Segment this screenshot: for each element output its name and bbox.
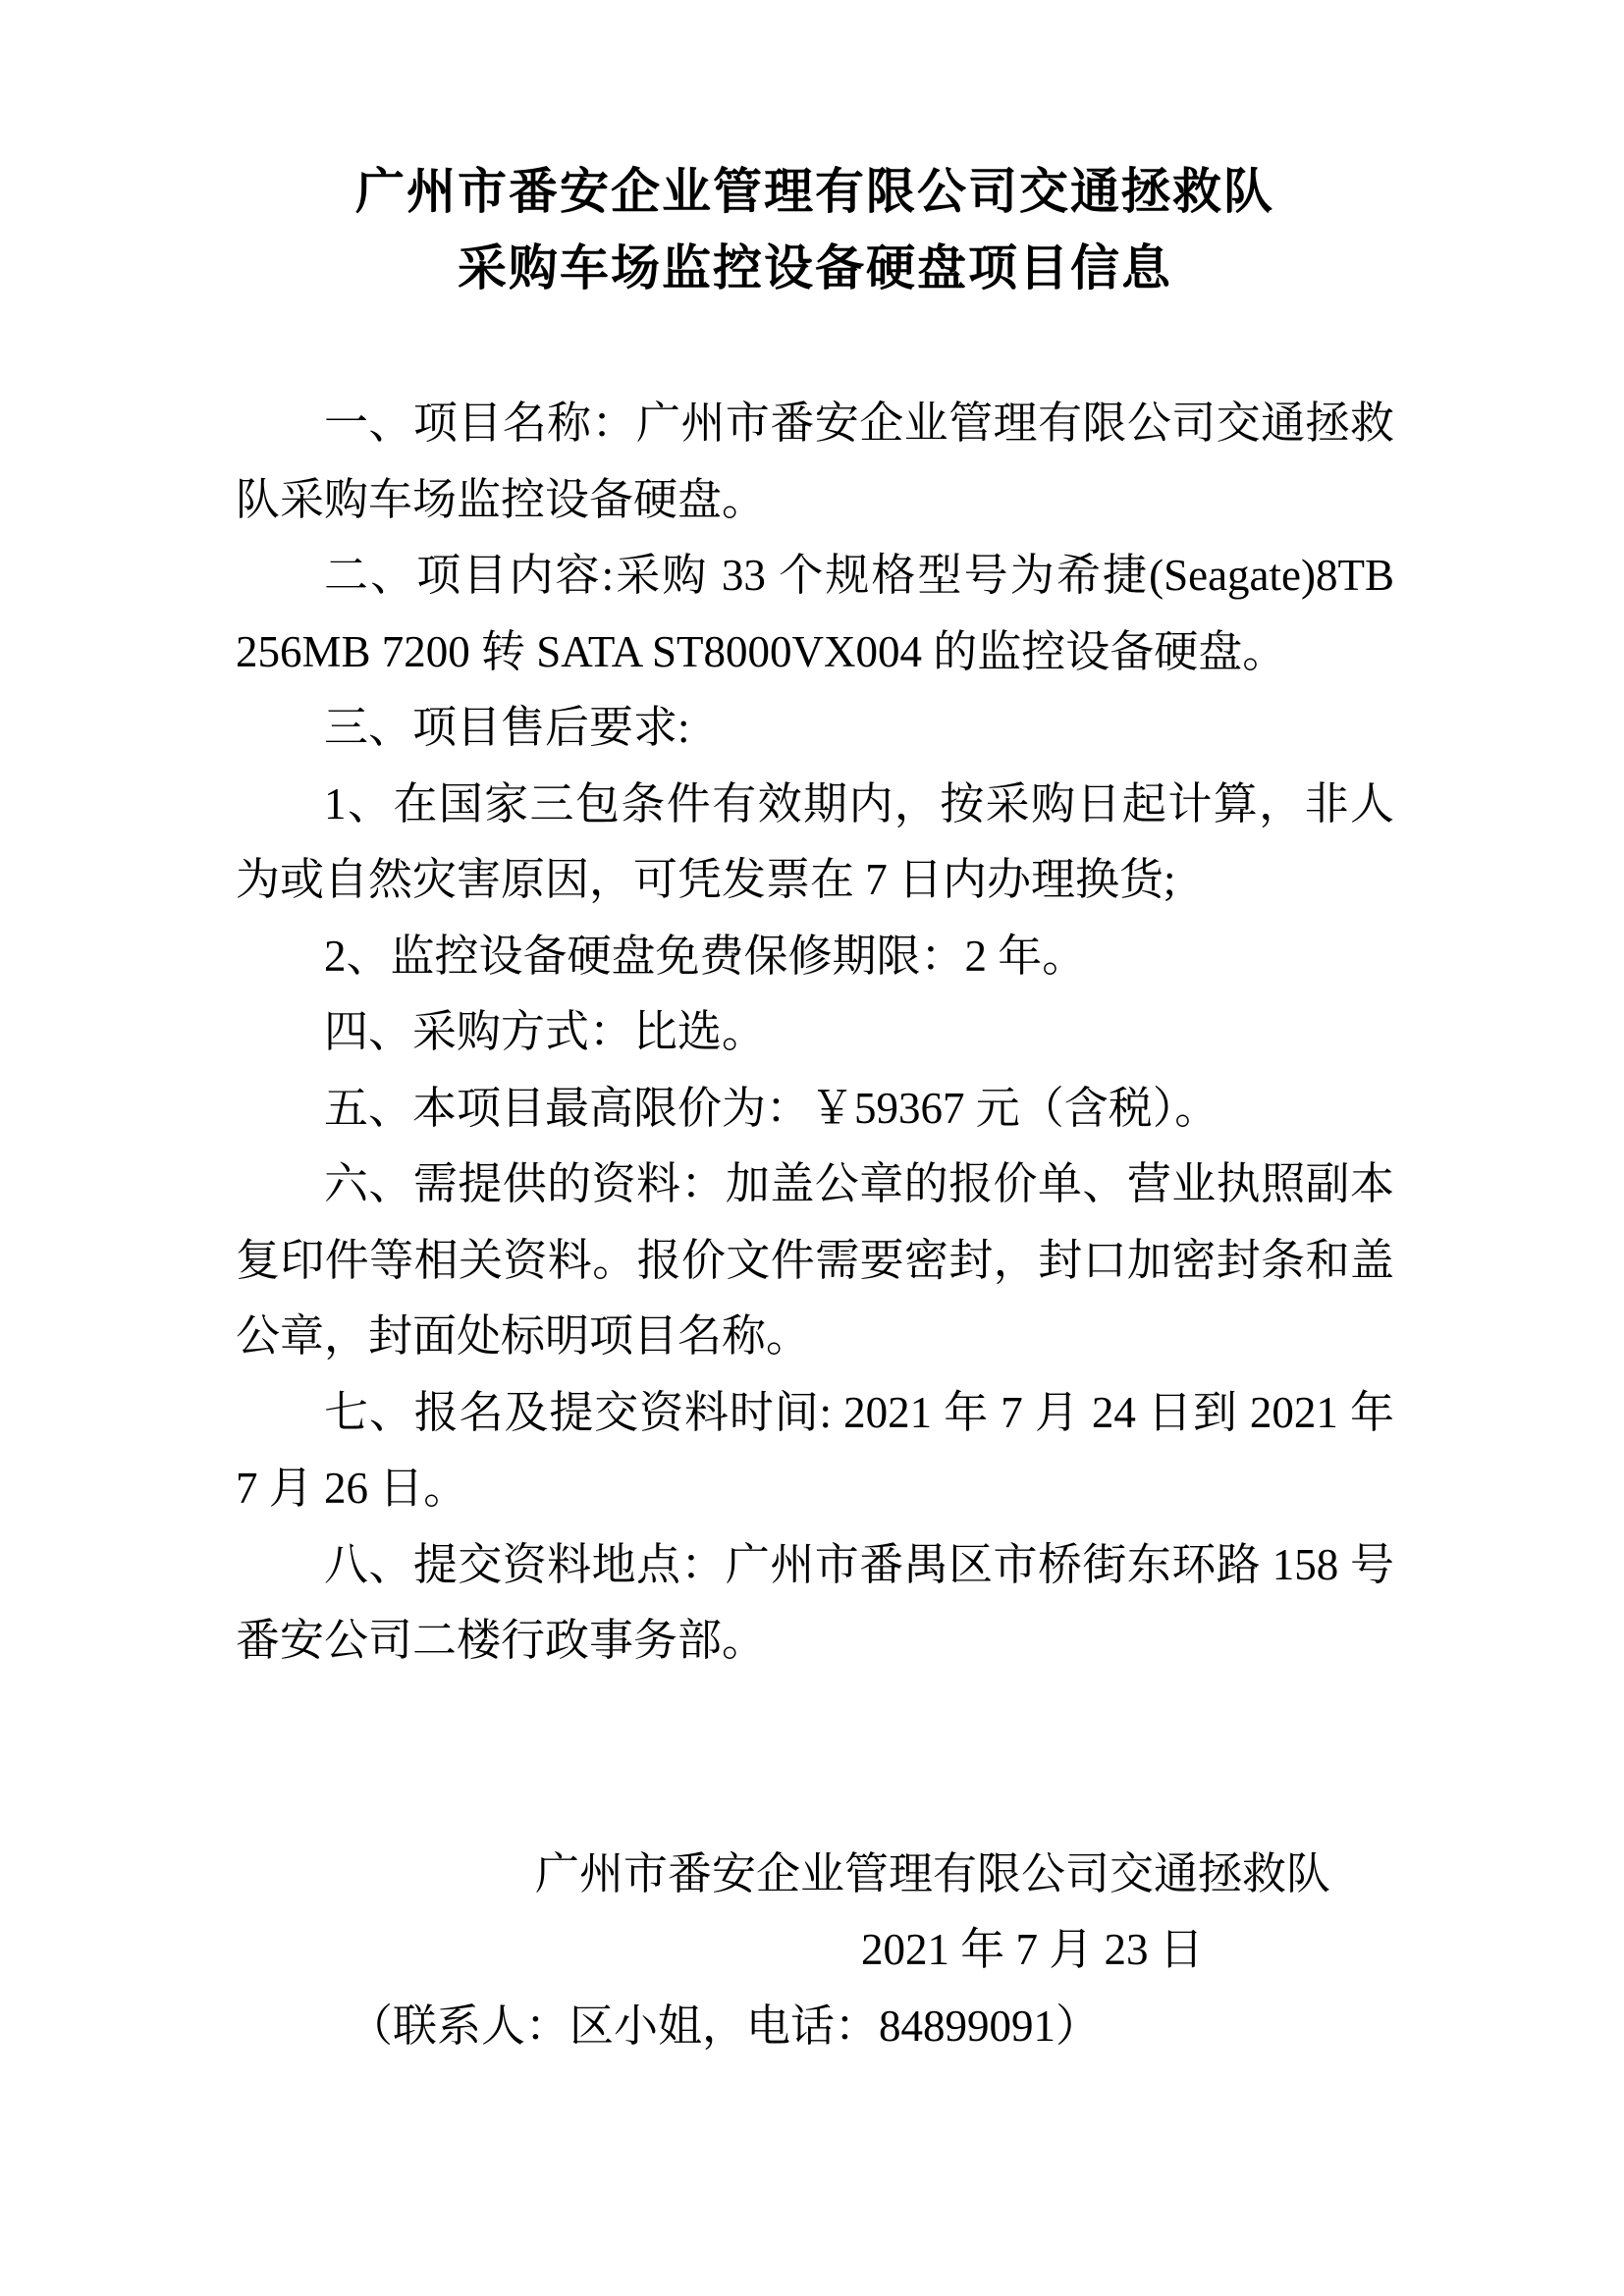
para-aftersales-item-1: 1、在国家三包条件有效期内，按采购日起计算，非人为或自然灾害原因，可凭发票在 7… (236, 767, 1394, 919)
para-aftersales-item-2: 2、监控设备硬盘免费保修期限：2 年。 (236, 919, 1394, 995)
para-procurement-method: 四、采购方式：比选。 (236, 994, 1394, 1071)
para-price-limit: 五、本项目最高限价为：￥59367 元（含税）。 (236, 1071, 1394, 1148)
document-content: 广州市番安企业管理有限公司交通拯救队 采购车场监控设备硬盘项目信息 一、项目名称… (236, 153, 1394, 2064)
document-title-line1: 广州市番安企业管理有限公司交通拯救队 (355, 164, 1274, 219)
para-registration-time: 七、报名及提交资料时间: 2021 年 7 月 24 日到 2021 年 7 月… (236, 1375, 1394, 1527)
para-submission-location: 八、提交资料地点：广州市番禺区市桥街东环路 158 号番安公司二楼行政事务部。 (236, 1527, 1394, 1680)
signature-date: 2021 年 7 月 23 日 (236, 1912, 1394, 1989)
document-body: 一、项目名称：广州市番安企业管理有限公司交通拯救队采购车场监控设备硬盘。 二、项… (236, 386, 1394, 1680)
document-page: 广州市番安企业管理有限公司交通拯救队 采购车场监控设备硬盘项目信息 一、项目名称… (0, 0, 1624, 2296)
para-project-content: 二、项目内容:采购 33 个规格型号为希捷(Seagate)8TB 256MB … (236, 538, 1394, 690)
para-project-name: 一、项目名称：广州市番安企业管理有限公司交通拯救队采购车场监控设备硬盘。 (236, 386, 1394, 538)
para-aftersales-heading: 三、项目售后要求: (236, 690, 1394, 767)
signature-contact: （联系人：区小姐，电话：84899091） (236, 1989, 1394, 2065)
signature-block: 广州市番安企业管理有限公司交通拯救队 2021 年 7 月 23 日 （联系人：… (236, 1837, 1394, 2065)
para-required-documents: 六、需提供的资料：加盖公章的报价单、营业执照副本复印件等相关资料。报价文件需要密… (236, 1147, 1394, 1375)
document-title: 广州市番安企业管理有限公司交通拯救队 采购车场监控设备硬盘项目信息 (236, 153, 1394, 306)
document-title-line2: 采购车场监控设备硬盘项目信息 (458, 240, 1172, 295)
signature-company: 广州市番安企业管理有限公司交通拯救队 (236, 1837, 1394, 1913)
